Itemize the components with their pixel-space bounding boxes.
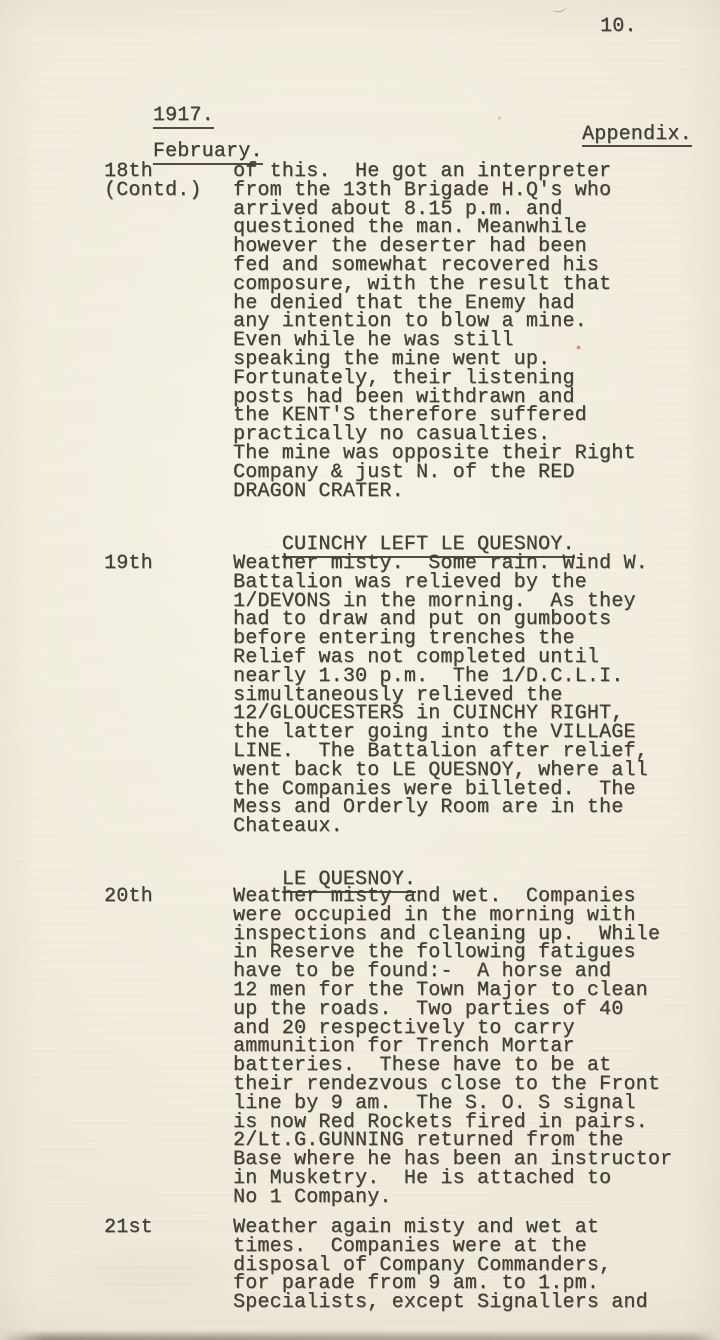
entry-body: Weather misty and wet. Companies were oc… [233,888,683,1208]
stain-speck [497,116,502,120]
scan-edge-shadow [0,1330,720,1340]
diary-entry-21st: 21st Weather again misty and wet at time… [104,1219,683,1313]
entry-date: 18th (Contd.) [104,163,233,501]
entry-body: Weather again misty and wet at times. Co… [233,1219,683,1313]
entry-date: 19th [104,555,233,837]
diary-entry-20th: 20th Weather misty and wet. Companies we… [104,888,683,1208]
document-page: 10. 1917. Appendix. February. 18th (Cont… [0,0,720,1340]
pencil-mark [551,1,568,13]
appendix-text: Appendix. [582,126,692,148]
diary-entry-19th: 19th Weather misty. Some rain. Wind W. B… [104,555,683,837]
entry-body: Weather misty. Some rain. Wind W. Battal… [233,555,683,837]
entry-date: 21st [104,1219,233,1313]
page-number: 10. [600,18,637,37]
diary-entry-18th: 18th (Contd.) of this. He got an interpr… [104,163,683,501]
appendix-label: Appendix. [582,88,720,166]
entry-date: 20th [104,888,233,1208]
entry-body: of this. He got an interpreter from the … [233,163,683,501]
